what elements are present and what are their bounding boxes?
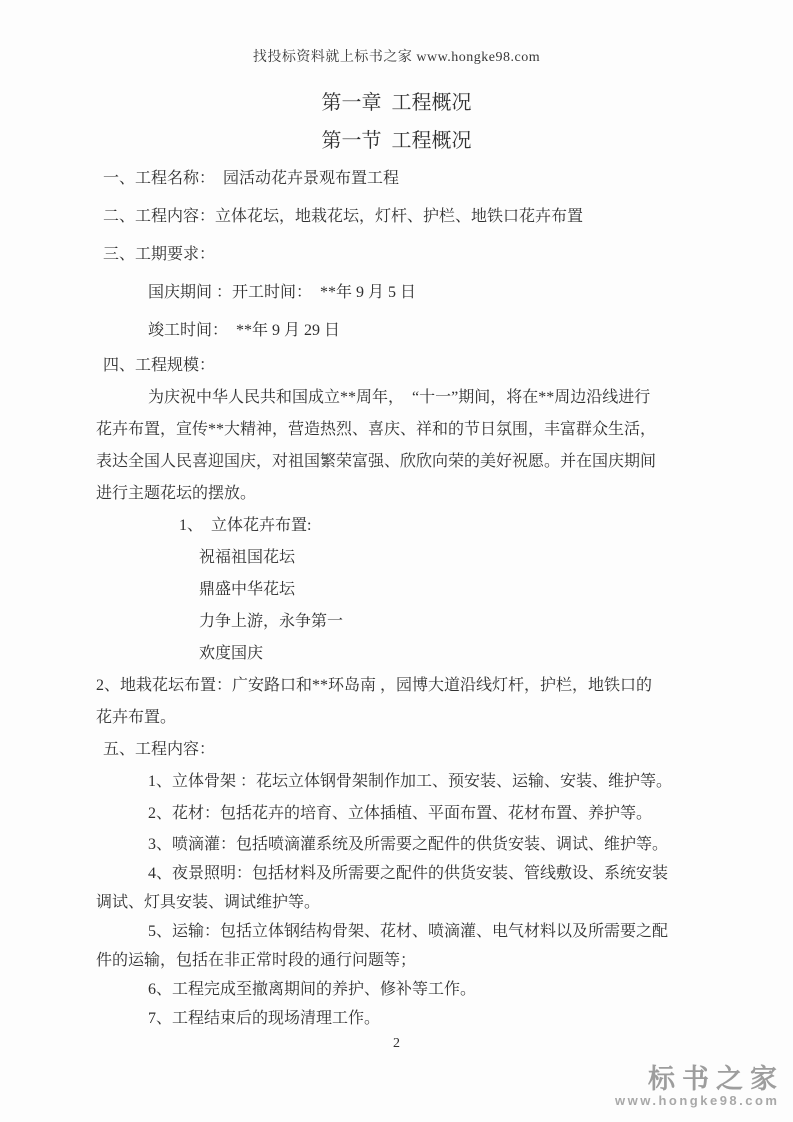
- chapter-title: 第一章 工程概况: [0, 86, 793, 115]
- page-number: 2: [0, 1036, 793, 1052]
- site-header-slogan: 找投标资料就上标书之家 www.hongke98.com: [0, 46, 793, 66]
- doc-line: 2、花材：包括花卉的培育、立体插植、平面布置、花材布置、养护等。: [148, 798, 705, 830]
- doc-line: 花卉布置。: [96, 702, 705, 734]
- doc-line: 国庆期间 ：开工时间： **年 9 月 5 日: [148, 274, 705, 312]
- doc-line: 1、立体骨架 ：花坛立体钢骨架制作加工、预安装、运输、安装、维护等。: [148, 766, 705, 798]
- doc-line: 四、工程规模：: [103, 350, 705, 382]
- doc-line: 表达全国人民喜迎国庆，对祖国繁荣富强、欣欣向荣的美好祝愿。并在国庆期间: [96, 446, 705, 478]
- doc-line: 件的运输，包括在非正常时段的通行问题等；: [96, 946, 705, 975]
- doc-line: 竣工时间： **年 9 月 29 日: [148, 312, 705, 350]
- doc-line: 三、工期要求：: [103, 236, 705, 274]
- doc-line: 为庆祝中华人民共和国成立**周年， “十一”期间，将在**周边沿线进行: [148, 382, 705, 414]
- watermark: 标书之家 www.hongke98.com: [615, 1065, 777, 1109]
- doc-line: 进行主题花坛的摆放。: [96, 478, 705, 510]
- doc-line: 5、运输：包括立体钢结构骨架、花材、喷滴灌、电气材料以及所需要之配: [148, 917, 705, 946]
- section-title: 第一节 工程概况: [0, 124, 793, 153]
- doc-line: 二、工程内容：立体花坛，地栽花坛，灯杆、护栏、地铁口花卉布置: [103, 198, 705, 236]
- doc-line: 6、工程完成至撤离期间的养护、修补等工作。: [148, 975, 705, 1004]
- document-body: 一、工程名称： 园活动花卉景观布置工程二、工程内容：立体花坛，地栽花坛，灯杆、护…: [96, 160, 705, 1033]
- watermark-url-text: www.hongke98.com: [615, 1093, 780, 1109]
- doc-line: 一、工程名称： 园活动花卉景观布置工程: [103, 160, 705, 198]
- doc-line: 鼎盛中华花坛: [199, 574, 705, 606]
- doc-line: 五、工程内容：: [103, 734, 705, 766]
- doc-line: 4、夜景照明：包括材料及所需要之配件的供货安装、管线敷设、系统安装: [148, 859, 705, 888]
- doc-line: 2、地栽花坛布置：广安路口和**环岛南 ，园博大道沿线灯杆，护栏，地铁口的: [96, 670, 705, 702]
- doc-line: 3、喷滴灌：包括喷滴灌系统及所需要之配件的供货安装、调试、维护等。: [148, 830, 705, 859]
- doc-line: 调试、灯具安装、调试维护等。: [96, 888, 705, 917]
- doc-line: 1、 立体花卉布置:: [179, 510, 705, 542]
- watermark-brand-text: 标书之家: [615, 1065, 784, 1093]
- doc-line: 欢度国庆: [199, 638, 705, 670]
- doc-line: 祝福祖国花坛: [199, 542, 705, 574]
- doc-line: 7、工程结束后的现场清理工作。: [148, 1004, 705, 1033]
- doc-line: 花卉布置，宣传**大精神，营造热烈、喜庆、祥和的节日氛围，丰富群众生活，: [96, 414, 705, 446]
- doc-line: 力争上游，永争第一: [199, 606, 705, 638]
